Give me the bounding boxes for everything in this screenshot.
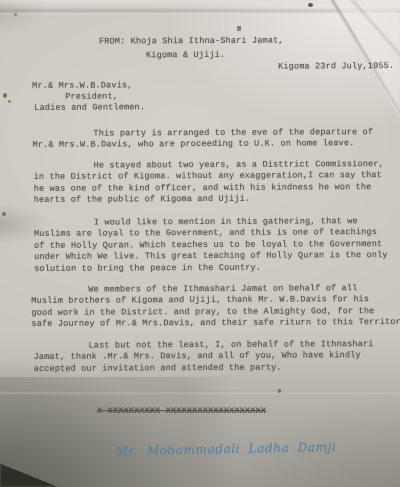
paragraph-4: We members of the Ithmashari Jamat on be…: [31, 283, 400, 331]
paragraph-2: He stayed about two years, as a Disttric…: [34, 159, 384, 206]
letter-line: Mr.& Mrs.W.B.Davis, who are proceeding t…: [32, 138, 373, 151]
paragraph-5: Last but not the least, I, on behalf of …: [34, 339, 374, 375]
letter-from-line: FROM: Khoja Shia Ithna-Shari Jamat,: [99, 36, 284, 48]
letter-line: hearts of the public of Kigoma and Ujiji…: [34, 193, 384, 206]
struck-out-text: X XXXXXXXXXX XXXXXXXXXXXXXXXXXXX: [97, 406, 266, 417]
letter-line: solution to bring the peace in the Count…: [34, 262, 388, 275]
letter-line: under Which We live. This great teaching…: [34, 250, 388, 263]
photographed-letter: FROM: Khoja Shia Ithna-Shari Jamat, Kigo…: [0, 0, 400, 487]
paragraph-3: I would like to mention in this gatherin…: [34, 216, 388, 275]
letter-dateline: Kigoma 23rd July,1955.: [278, 61, 394, 73]
addressee-title-line: President,: [65, 91, 118, 103]
letter-from-line2: Kigoma & Ujiji.: [146, 50, 225, 62]
letter-line: accepted our invitation and attended the…: [34, 362, 374, 375]
paragraph-1: This party is arranged to the eve of the…: [32, 127, 373, 152]
greeting-line: Ladies and Gentlemen.: [34, 102, 145, 114]
letter-text: FROM: Khoja Shia Ithna-Shari Jamat, Kigo…: [0, 0, 400, 487]
letter-line: Jamat, thank .Mr.& Mrs. Davis, and all o…: [34, 350, 374, 363]
letter-line: safe Journey of Mr.& Mrs.Davis, and thei…: [31, 317, 400, 330]
